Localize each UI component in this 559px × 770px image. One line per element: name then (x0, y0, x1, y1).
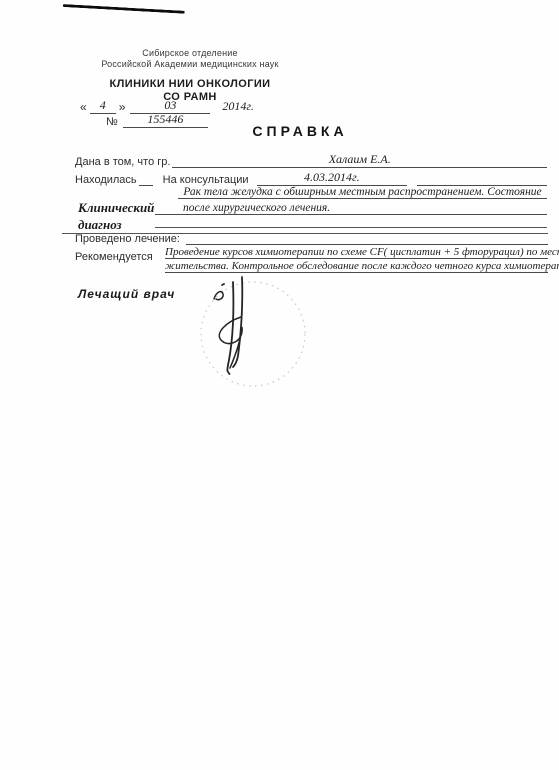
doctor-signature (214, 277, 242, 374)
certificate-number-row: № 155446 (106, 112, 208, 128)
status-blank (139, 185, 153, 186)
patient-name-blank: Халаим Е.А. (172, 152, 547, 168)
signature-stamp-area (193, 268, 363, 393)
issued-to-row: Дана в том, что гр. Халаим Е.А. (75, 152, 547, 168)
scanned-certificate-page: Сибирское отделение Российской Академии … (0, 0, 559, 770)
recommendation-label: Рекомендуется (75, 251, 153, 263)
organization-header: Сибирское отделение Российской Академии … (58, 48, 322, 70)
org-name-line2: Российской Академии медицинских наук (58, 59, 322, 70)
issued-to-label: Дана в том, что гр. (75, 156, 170, 168)
consultation-row: Находилась На консультации 4.03.2014г. (75, 170, 547, 186)
document-title: СПРАВКА (225, 123, 375, 139)
consultation-label: На консультации (163, 174, 249, 186)
status-label: Находилась (75, 174, 137, 186)
diagnosis-value-line1: Рак тела желудка с обширным местным расп… (178, 186, 547, 199)
round-stamp-outline (201, 282, 305, 386)
open-quote: « (80, 100, 87, 114)
number-sign: № (106, 116, 118, 128)
treatment-blank (186, 231, 548, 245)
org-name-line1: Сибирское отделение (58, 48, 322, 59)
issue-year: 2014г. (222, 99, 254, 114)
diagnosis-value-line2: после хирургического лечения. (155, 202, 547, 215)
diagnosis-label-line1: Клинический (78, 199, 154, 216)
attending-doctor-label: Лечащий врач (78, 287, 175, 301)
treatment-row: Проведено лечение: (75, 231, 548, 245)
empty-blank (417, 172, 547, 186)
scan-artifact-line (63, 4, 185, 14)
clinic-name-line1: КЛИНИКИ НИИ ОНКОЛОГИИ (58, 78, 322, 91)
certificate-number-value: 155446 (123, 112, 208, 128)
consultation-date-blank: 4.03.2014г. (257, 170, 407, 186)
recommendation-line1: Проведение курсов химиотерапии по схеме … (165, 246, 548, 259)
treatment-label: Проведено лечение: (75, 233, 180, 245)
